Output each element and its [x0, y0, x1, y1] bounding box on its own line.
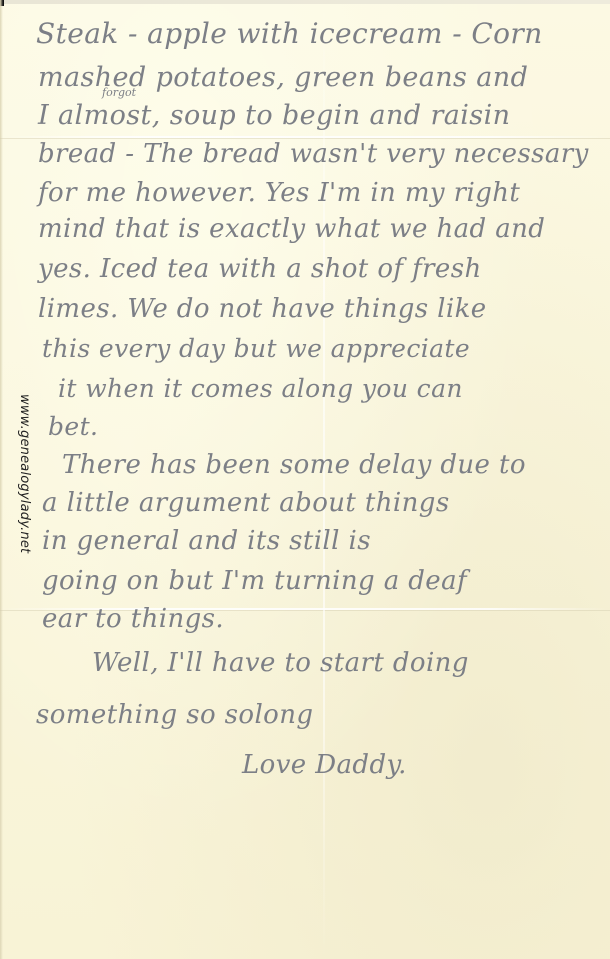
- watermark-text: www.genealogylady.net: [10, 394, 32, 578]
- letter-line: this every day but we appreciate: [42, 336, 470, 361]
- letter-line: bread - The bread wasn't very necessary: [38, 141, 589, 167]
- paper-left-edge: [0, 0, 3, 959]
- letter-page: www.genealogylady.net Steak - apple with…: [0, 0, 610, 959]
- letter-line: something so solong: [36, 702, 313, 728]
- letter-line: bet.: [48, 414, 98, 439]
- letter-line: a little argument about things: [42, 490, 450, 516]
- letter-line: for me however. Yes I'm in my right: [38, 180, 520, 206]
- letter-line: I almost, soup to begin and raisin: [38, 102, 510, 129]
- paper-fold-line: [0, 136, 610, 138]
- letter-line: Steak - apple with icecream - Corn: [36, 20, 543, 48]
- letter-line: Well, I'll have to start doing: [92, 650, 469, 676]
- letter-line: yes. Iced tea with a shot of fresh: [38, 256, 482, 282]
- letter-line: There has been some delay due to: [62, 452, 526, 478]
- letter-signature: Love Daddy.: [242, 752, 407, 778]
- letter-line: in general and its still is: [42, 528, 371, 554]
- inserted-word-note: forgot: [102, 86, 136, 99]
- letter-line: limes. We do not have things like: [38, 296, 487, 322]
- letter-line: ear to things.: [42, 606, 224, 632]
- letter-line: mind that is exactly what we had and: [38, 216, 545, 242]
- scan-top-edge: [0, 0, 610, 4]
- letter-line: going on but I'm turning a deaf: [42, 568, 467, 594]
- letter-line: it when it comes along you can: [58, 376, 463, 401]
